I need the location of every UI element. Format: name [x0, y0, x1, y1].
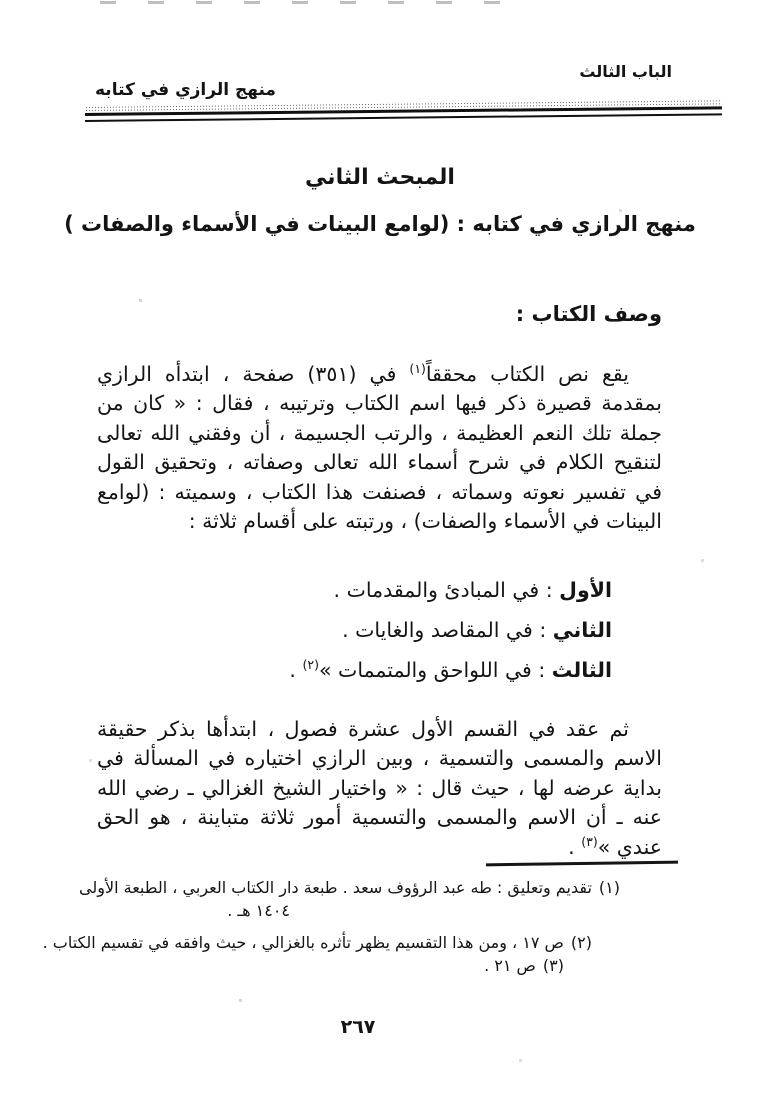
paragraph-book-description: يقع نص الكتاب محققاً(١) في (٣٥١) صفحة ، …: [97, 360, 662, 537]
list-item-text: : في المقاصد والغايات .: [342, 618, 553, 642]
paragraph-first-part-chapters: ثم عقد في القسم الأول عشرة فصول ، ابتدأه…: [97, 715, 662, 863]
footnote-text: ص ١٧ ، ومن هذا التقسيم يظهر تأثره بالغزا…: [43, 931, 564, 954]
subsection-heading-book-description: وصف الكتاب :: [516, 302, 662, 326]
list-item-text: : في المبادئ والمقدمات .: [334, 578, 560, 602]
footnote-marker: (٣): [543, 954, 564, 977]
footnote-marker: (١): [599, 876, 620, 899]
list-item-third: الثالث : في اللواحق والمتممات »(٢) .: [132, 655, 612, 685]
scan-artifact-top: [100, 1, 510, 4]
running-header-book-title: منهج الرازي في كتابه: [95, 80, 276, 100]
list-item-label: الثالث: [552, 658, 612, 682]
footnotes-block: (١) تقديم وتعليق : طه عبد الرؤوف سعد . ط…: [138, 876, 620, 977]
footnote-3: (٣) ص ٢١ .: [138, 954, 564, 977]
list-item-text: : في اللواحق والمتممات »: [319, 658, 552, 682]
footnote-ref-1: (١): [409, 361, 426, 376]
paragraph-text: في (٣٥١) صفحة ، ابتدأه الرازي بمقدمة قصي…: [97, 362, 662, 534]
footnote-2: (٢) ص ١٧ ، ومن هذا التقسيم يظهر تأثره با…: [138, 931, 592, 954]
footnote-1: (١) تقديم وتعليق : طه عبد الرؤوف سعد . ط…: [138, 876, 620, 899]
footnote-ref-2: (٢): [302, 657, 319, 672]
footnote-text: تقديم وتعليق : طه عبد الرؤوف سعد . طبعة …: [79, 876, 592, 899]
section-title: المبحث الثاني: [0, 165, 760, 190]
list-item-label: الأول: [559, 578, 612, 602]
book-divisions-list: الأول : في المبادئ والمقدمات . الثاني : …: [132, 575, 612, 695]
section-subtitle: منهج الرازي في كتابه : (لوامع البينات في…: [0, 212, 760, 236]
footnote-ref-3: (٣): [581, 834, 598, 849]
header-double-rule: [85, 99, 722, 122]
footnote-text: ص ٢١ .: [484, 954, 536, 977]
list-item-first: الأول : في المبادئ والمقدمات .: [132, 575, 612, 605]
paragraph-tail: .: [568, 835, 581, 859]
list-item-tail: .: [289, 658, 302, 682]
list-item-label: الثاني: [553, 618, 612, 642]
scanned-book-page: الباب الثالث منهج الرازي في كتابه المبحث…: [0, 0, 760, 1109]
footnote-1-continuation: ١٤٠٤ هـ .: [138, 899, 620, 922]
scan-speckles: [0, 0, 1, 1]
list-item-second: الثاني : في المقاصد والغايات .: [132, 615, 612, 645]
running-header-chapter: الباب الثالث: [579, 62, 672, 81]
paragraph-text: يقع نص الكتاب محققاً: [426, 362, 629, 386]
footnote-marker: (٢): [571, 931, 592, 954]
page-number: ٢٦٧: [0, 1016, 716, 1038]
